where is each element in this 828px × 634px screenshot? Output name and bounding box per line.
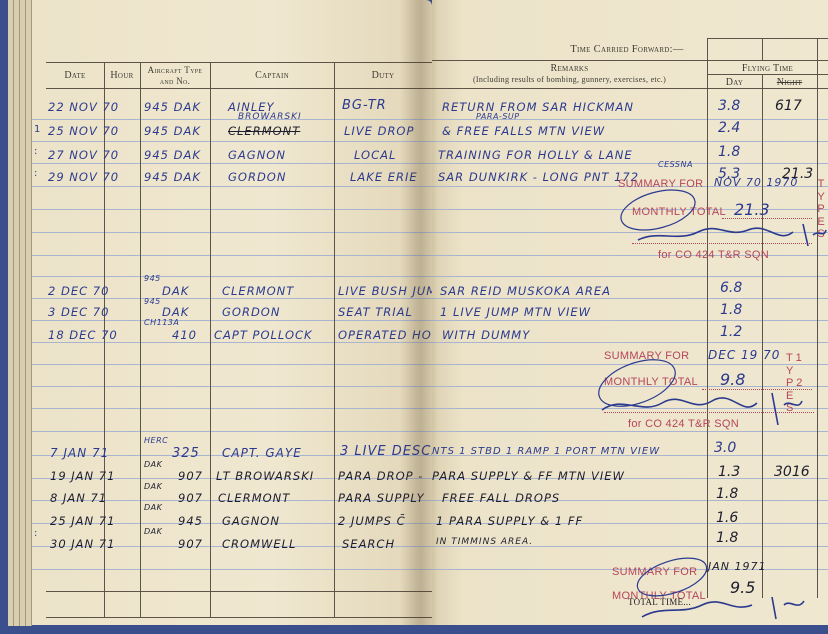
entry-date: 3 Dec 70 [48, 305, 109, 319]
entry-remarks-note: Cessna [658, 160, 693, 169]
entry-remarks: 1 Live Jump Mtn View [440, 305, 591, 319]
entry-aircraft: 945 DAK [144, 100, 201, 114]
entry-date: 22 Nov 70 [48, 100, 119, 114]
entry-aircraft: 907 [178, 491, 203, 505]
entry-date: 25 Nov 70 [48, 124, 119, 138]
entry-remarks: SAR Reid Muskoka Area [440, 284, 611, 298]
entry-date: 27 Nov 70 [48, 148, 119, 162]
entry-aircraft: DAK [162, 284, 189, 298]
entry-remarks-note: Para-Sup [476, 112, 520, 121]
entry-remarks: with Dummy [442, 328, 530, 342]
entry-date: 19 Jan 71 [50, 469, 115, 483]
entry-aircraft-type: DAK [144, 503, 162, 512]
entry-aircraft-type: CH113A [144, 318, 179, 327]
entry-duty: Seat Trial [338, 305, 413, 319]
entry-remarks: Training for Holly & Lane [438, 148, 633, 162]
column-header-hour: Hour [104, 70, 140, 81]
entry-captain: Gagnon [228, 148, 286, 162]
entry-aircraft: DAK [162, 305, 189, 319]
entry-captain: Clermont [222, 284, 294, 298]
entry-aircraft-type: 945 [144, 297, 161, 306]
entry-aircraft-type: HERC [144, 436, 168, 445]
entry-duty: 3 Live Descents [340, 444, 432, 459]
entry-aircraft: 945 DAK [144, 124, 201, 138]
signature-icon [612, 555, 828, 625]
entry-captain: Gordon [222, 305, 280, 319]
entry-captain-struck: Clermont [228, 124, 300, 138]
entry-date: 7 Jan 71 [50, 446, 109, 460]
entry-date: 25 Jan 71 [50, 514, 115, 528]
entry-date: 30 Jan 71 [50, 537, 115, 551]
entry-date: 2 Dec 70 [48, 284, 109, 298]
entry-duty: Para Drop - [338, 469, 423, 483]
entry-day-time: 1.3 [718, 464, 740, 480]
entry-day-time: 2.4 [718, 120, 740, 136]
entry-duty: 2 Jumps c̄ [338, 514, 406, 528]
column-header-flying-time: Flying Time [707, 63, 828, 74]
entry-duty: Local [354, 148, 396, 162]
entry-aircraft-type: DAK [144, 460, 162, 469]
entry-captain: Capt Pollock [214, 328, 313, 342]
entry-day-time: 1.6 [716, 510, 738, 526]
entry-remarks: SAR Dunkirk - Long Pnt 172 [438, 170, 639, 184]
column-header-night: Night [762, 77, 817, 88]
entry-aircraft: 945 DAK [144, 170, 201, 184]
entry-remarks: Para Supply & FF Mtn View [432, 469, 625, 483]
entry-night-time: 617 [775, 98, 802, 114]
signature-icon [618, 180, 828, 260]
entry-aircraft-type: DAK [144, 527, 162, 536]
left-page: Date Hour Aircraft Type and No. Captain … [32, 0, 432, 625]
entry-aircraft: 907 [178, 469, 203, 483]
entry-duty: Lake Erie [350, 170, 418, 184]
entry-remarks: & Free Falls Mtn View [442, 124, 605, 138]
entry-duty: BG-TR [342, 98, 387, 113]
entry-aircraft: 945 DAK [144, 148, 201, 162]
entry-day-time: 3.8 [718, 98, 740, 114]
entry-aircraft-type: 945 [144, 274, 161, 283]
entry-remarks: Free Fall Drops [442, 491, 560, 505]
entry-duty: Live Bush Jump [338, 284, 432, 298]
entry-remarks: in Timmins Area. [436, 537, 533, 547]
entry-aircraft: 907 [178, 537, 203, 551]
entry-day-time: 3.0 [714, 440, 736, 456]
entry-night-time: 3016 [774, 464, 810, 480]
column-header-aircraft: Aircraft Type and No. [140, 65, 210, 87]
entry-duty: Operated Hoist [338, 328, 432, 342]
entry-captain: Gordon [228, 170, 286, 184]
entry-day-time: 1.8 [716, 530, 738, 546]
entry-duty: Para Supply [338, 491, 425, 505]
right-page: Time Carried Forward:— Remarks (Includin… [432, 0, 828, 625]
entry-aircraft-type: DAK [144, 482, 162, 491]
entry-duty: Search [342, 537, 395, 551]
entry-remarks: Return from SAR Hickman [442, 100, 634, 114]
entry-date: 8 Jan 71 [50, 491, 107, 505]
column-header-duty: Duty [334, 70, 432, 81]
entry-aircraft: 325 [172, 446, 200, 461]
column-header-day: Day [707, 77, 762, 88]
entry-day-time: 1.8 [720, 302, 742, 318]
column-header-captain: Captain [210, 70, 334, 81]
entry-day-time: 1.8 [718, 144, 740, 160]
entry-date: 18 Dec 70 [48, 328, 118, 342]
signature-icon [592, 355, 822, 435]
entry-captain: Clermont [218, 491, 290, 505]
entry-day-time: 6.8 [720, 280, 742, 296]
entry-captain: Cromwell [222, 537, 296, 551]
entry-captain: Lt Browarski [216, 469, 314, 483]
entry-aircraft: 410 [172, 328, 197, 342]
logbook-spread: Date Hour Aircraft Type and No. Captain … [0, 0, 828, 634]
entry-day-time: 1.8 [716, 486, 738, 502]
column-header-remarks-sub: (Including results of bombing, gunnery, … [432, 74, 707, 85]
entry-day-time: 1.2 [720, 324, 742, 340]
entry-date: 29 Nov 70 [48, 170, 119, 184]
column-header-date: Date [46, 70, 104, 81]
entry-remarks: 1 Para Supply & 1 FF [436, 514, 583, 528]
column-header-remarks: Remarks [432, 63, 707, 74]
entry-aircraft: 945 [178, 514, 203, 528]
entry-remarks: nts 1 STBD 1 Ramp 1 Port Mtn View [432, 446, 660, 457]
entry-duty: Live Drop [344, 124, 414, 138]
entry-captain: Gagnon [222, 514, 280, 528]
entry-captain: Capt. Gaye [222, 446, 302, 460]
entry-captain: Browarski [238, 112, 302, 122]
time-carried-forward-label: Time Carried Forward:— [542, 44, 712, 55]
